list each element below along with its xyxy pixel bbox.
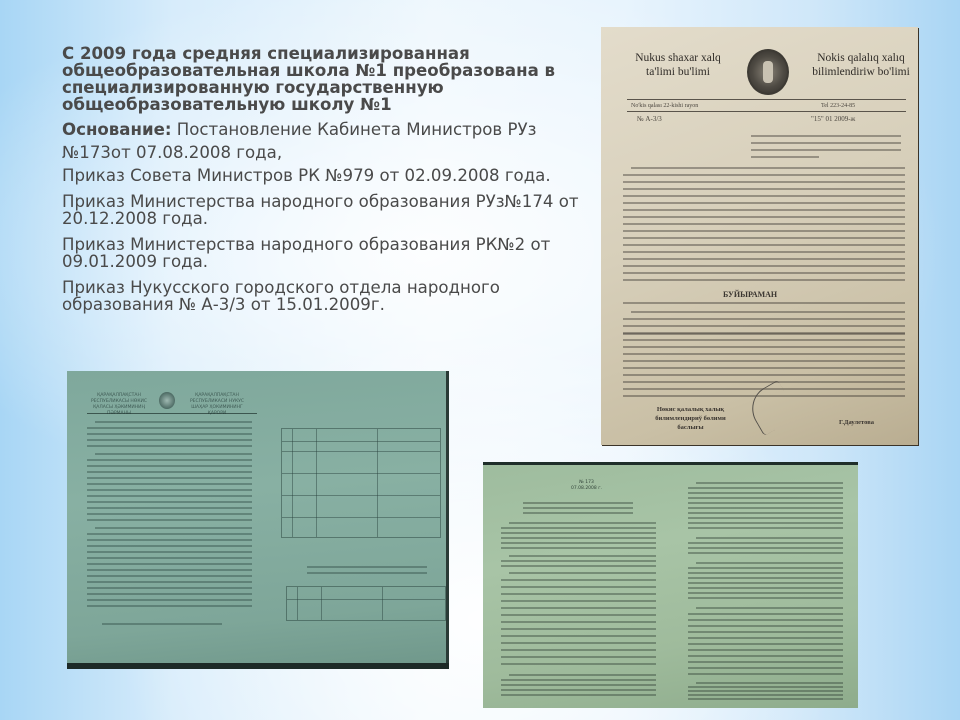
slide-text-block: С 2009 года средняя специализированная о… <box>62 45 582 322</box>
spread-table-2 <box>286 586 446 621</box>
basis-label: Основание: <box>62 120 172 139</box>
letter-number: № А-3/3 <box>637 115 662 123</box>
basis-item: Приказ Совета Министров РК №979 от 02.09… <box>62 167 582 184</box>
order-document-photo: Nukus shaxar xalq ta'limi bu'limi Nokis … <box>601 27 918 445</box>
letter-signatory-name: Г.Даулетова <box>839 419 874 426</box>
letter-order-title: БУЙЫРАМАН <box>723 290 777 299</box>
cabinet-decree-photo: № 173 07.08.2008 г. <box>483 462 858 708</box>
letter-signatory-title: Нөкис қалалық халық билимлендириў бөлими… <box>643 405 738 432</box>
basis-line: Основание: Постановление Кабинета Минист… <box>62 121 582 138</box>
state-emblem-icon <box>747 49 789 95</box>
spread-rule <box>87 413 257 414</box>
basis-item: Приказ Нукусского городского отдела наро… <box>62 279 582 313</box>
letter-tel: Tel 223-24-85 <box>821 103 855 109</box>
letter-rule <box>627 111 906 112</box>
letter-date: "15" 01 2009-ж <box>811 115 855 123</box>
decree-number: № 173 07.08.2008 г. <box>571 480 602 492</box>
city-decree-photo: ҚАРАҚАЛПАҚСТАН РЕСПУБЛИКАСЫ НӨКИС ҚАЛАСЫ… <box>67 371 449 669</box>
decree-date-text: 07.08.2008 г. <box>571 486 602 492</box>
spread-table <box>281 428 441 538</box>
letter-rule <box>627 99 906 100</box>
basis-item: Приказ Министерства народного образовани… <box>62 236 582 270</box>
basis-text: Постановление Кабинета Министров РУз <box>172 120 537 139</box>
letter-org-right: Nokis qalalıq xalıq bilimlendiriw bo'lim… <box>801 51 918 79</box>
state-emblem-icon <box>159 392 175 409</box>
letter-address: No'kis qalası 22-kishi rayon <box>631 103 698 109</box>
letter-org-left: Nukus shaxar xalq ta'limi bu'limi <box>623 51 733 79</box>
basis-item: №173от 07.08.2008 года, <box>62 144 582 161</box>
basis-item: Приказ Министерства народного образовани… <box>62 193 582 227</box>
slide-heading: С 2009 года средняя специализированная о… <box>62 45 582 113</box>
